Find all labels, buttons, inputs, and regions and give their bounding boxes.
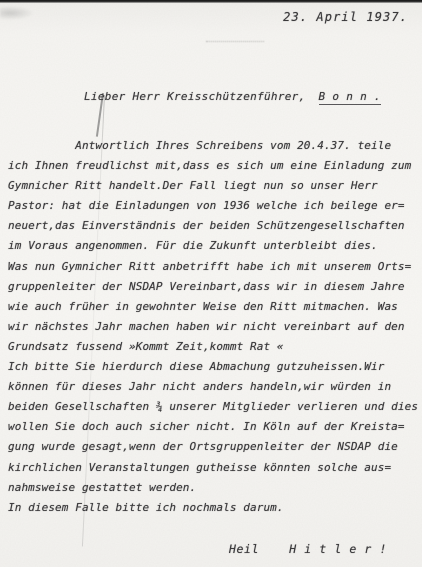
letter-body: Antwortlich Ihres Schreibens vom 20.4.37… [8,136,414,518]
body-line: Gymnicher Ritt handelt.Der Fall liegt nu… [8,176,414,196]
body-line: gruppenleiter der NSDAP Vereinbart,dass … [8,277,414,297]
body-line: neuert,das Einverständnis der beiden Sch… [8,216,414,236]
closing-line: Heil H i t l e r ! [229,542,387,556]
salutation-line: Lieber Herr Kreisschützenführer,B o n n … [84,90,381,105]
body-line: gung wurde gesagt,wenn der Ortsgruppenle… [8,437,414,457]
body-line: Was nun Gymnicher Ritt anbetrifft habe i… [8,257,414,277]
body-line: beiden Gesellschaften ¾ unserer Mitglied… [8,397,414,417]
scanned-letter-page: 23. April 1937. Lieber Herr Kreisschütze… [0,0,422,567]
body-line: nahmsweise gestattet werden. [8,478,414,498]
body-line: wie auch früher in gewohnter Weise den R… [8,297,414,317]
addressee-underlined: B o n n . [319,90,381,105]
body-line: ich Ihnen freudlichst mit,dass es sich u… [8,156,414,176]
corner-smudge-artifact [0,6,34,20]
body-line: im Voraus angenommen. Für die Zukunft un… [8,236,414,256]
body-line: wollen Sie doch auch sicher nicht. In Kö… [8,417,414,437]
body-line: Antwortlich Ihres Schreibens vom 20.4.37… [8,136,414,156]
scan-edge-artifact [0,0,422,3]
date-line: 23. April 1937. [283,10,408,24]
body-line: können für dieses Jahr nicht anders hand… [8,377,414,397]
body-line: In diesem Falle bitte ich nochmals darum… [8,498,414,518]
body-line: Pastor: hat die Einladungen von 1936 wel… [8,196,414,216]
body-line: wir nächstes Jahr machen haben wir nicht… [8,317,414,337]
body-line: kirchlichen Veranstaltungen gutheisse kö… [8,458,414,478]
body-line: Grundsatz fussend »Kommt Zeit,kommt Rat … [8,337,414,357]
salutation-text: Lieber Herr Kreisschützenführer, [84,90,306,103]
pencil-smudge-artifact [206,41,264,42]
body-line: Ich bitte Sie hierdurch diese Abmachung … [8,357,414,377]
